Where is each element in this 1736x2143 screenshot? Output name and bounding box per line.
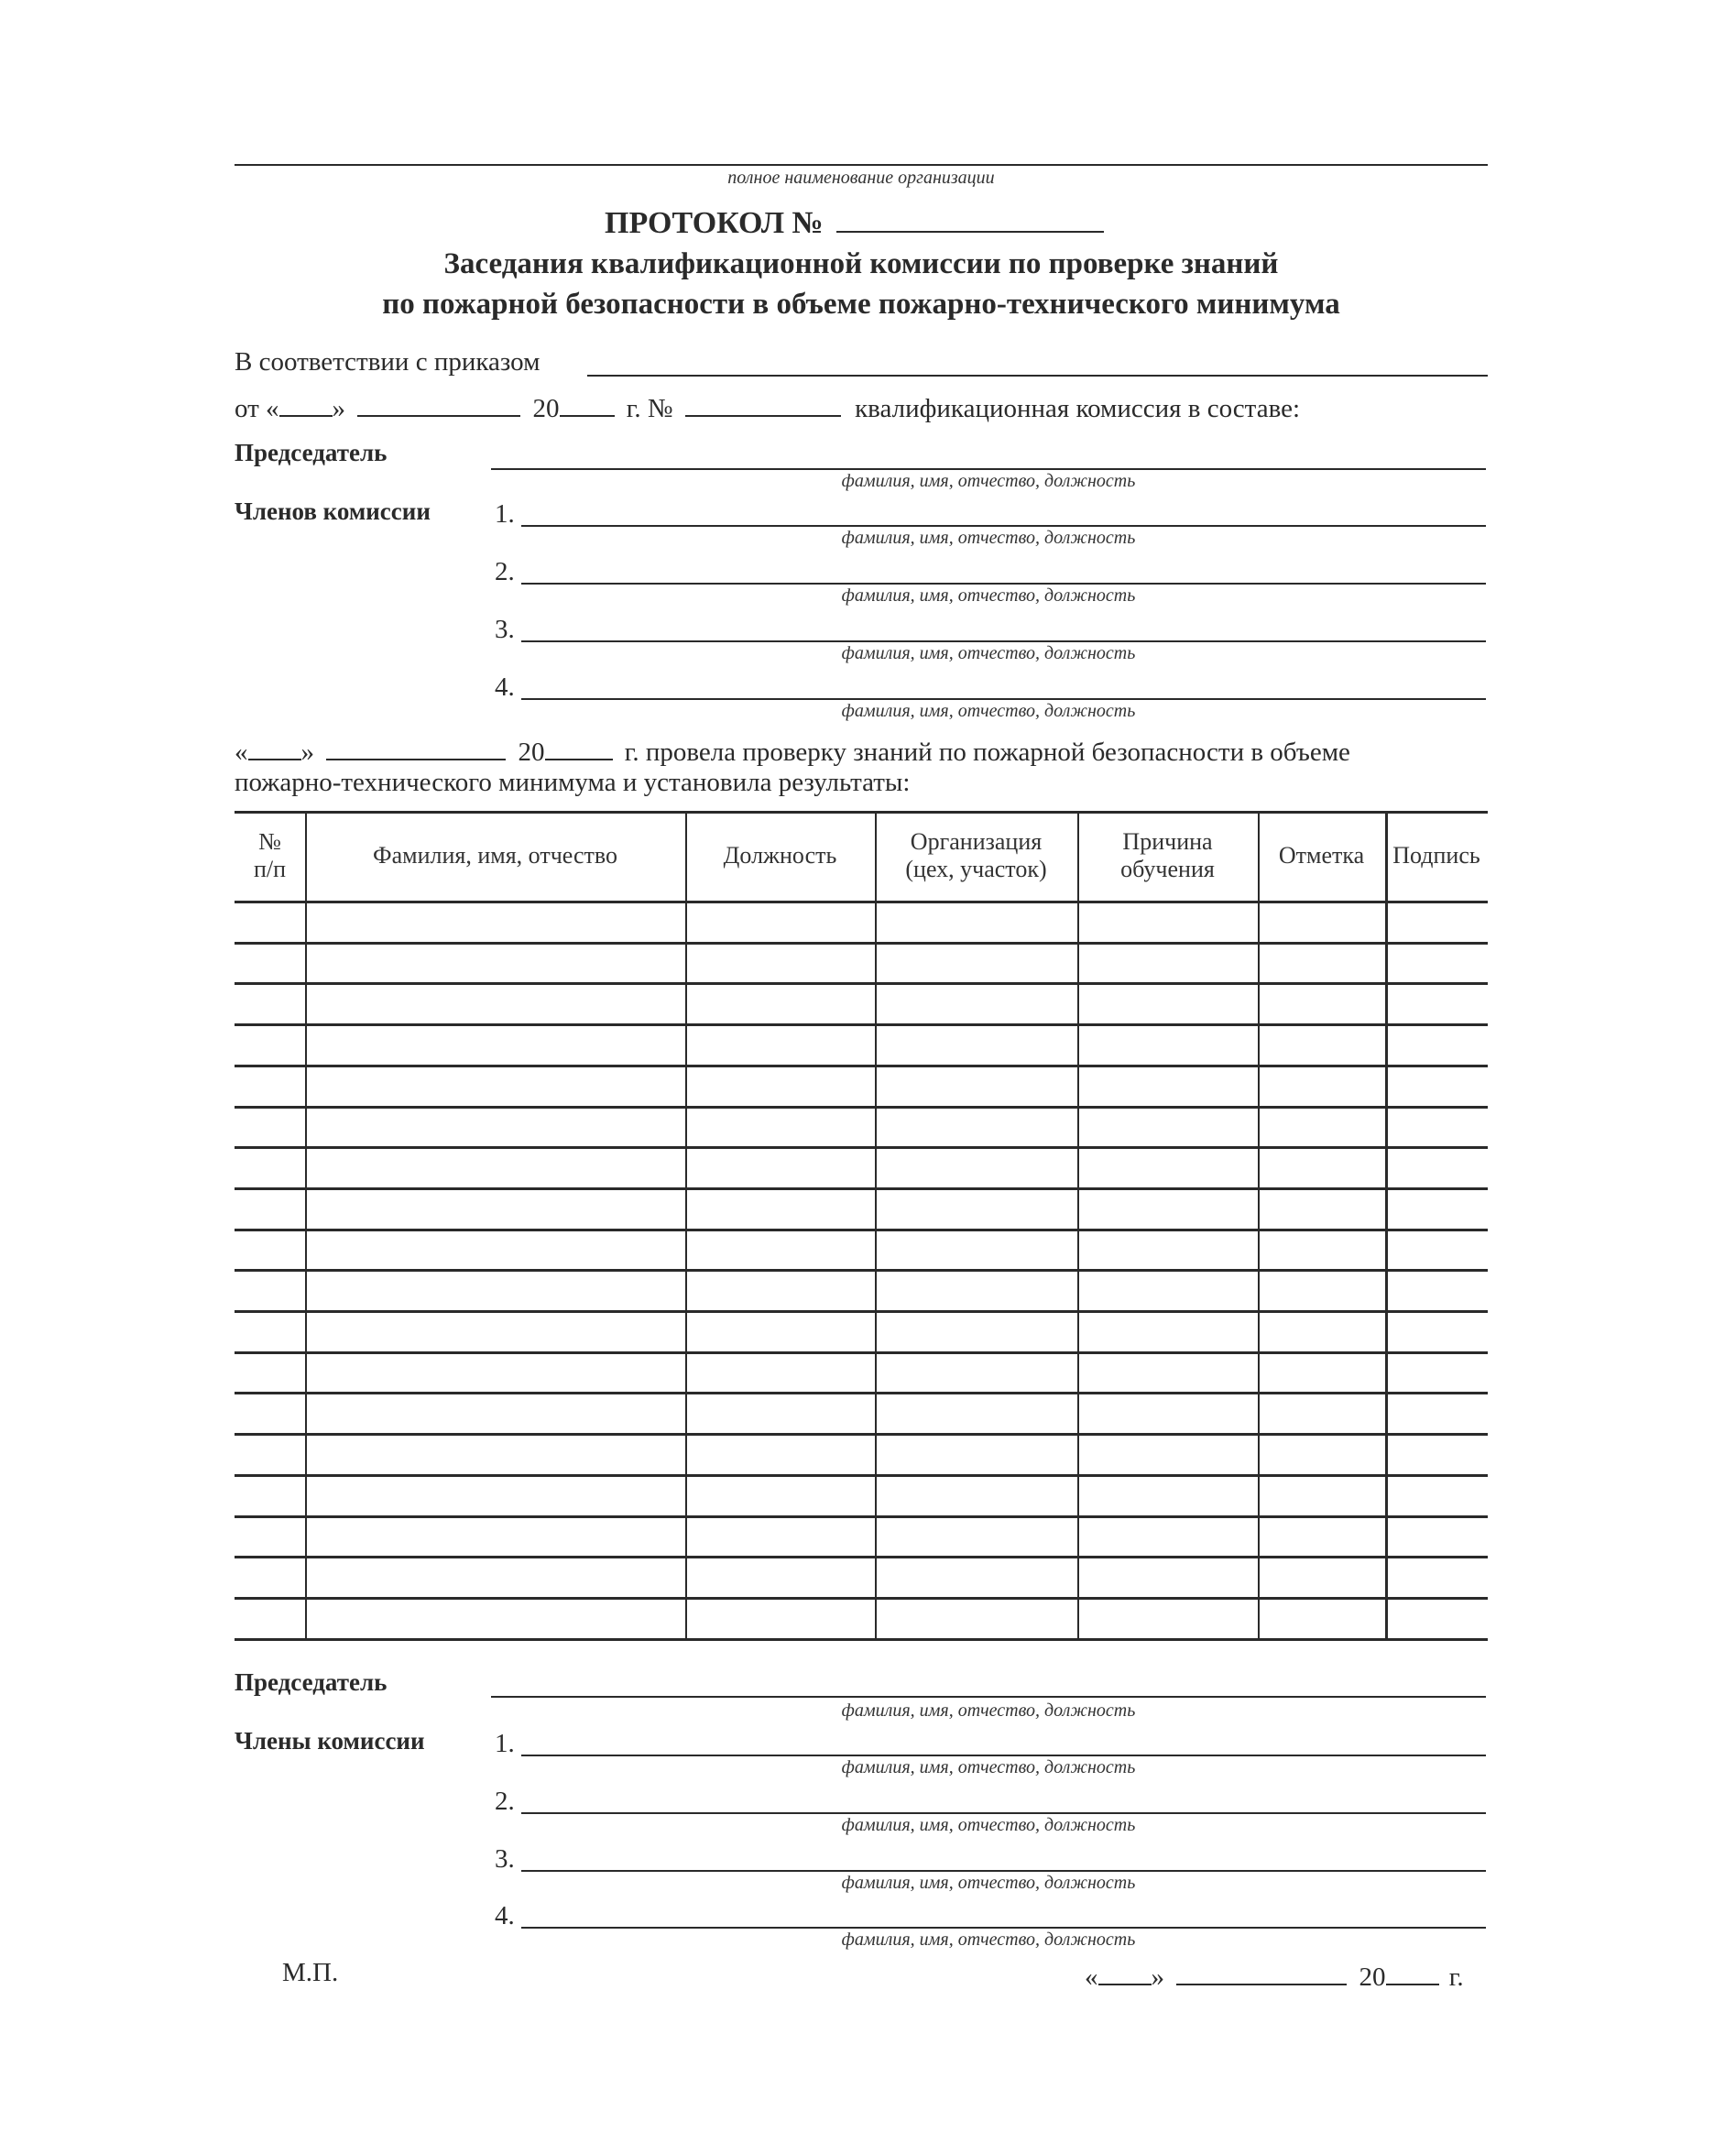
- table-cell[interactable]: [305, 901, 685, 942]
- table-cell[interactable]: [875, 1187, 1077, 1229]
- check-quote-close: »: [301, 738, 315, 767]
- protocol-title: ПРОТОКОЛ №: [605, 207, 1104, 239]
- footer-date: «» 20 г.: [1085, 1960, 1464, 1991]
- table-cell[interactable]: [1385, 1515, 1488, 1557]
- order-line: В соответствии с приказом: [235, 349, 540, 376]
- table-cell[interactable]: [1385, 1187, 1488, 1229]
- table-cell[interactable]: [235, 1351, 305, 1393]
- table-cell[interactable]: [235, 1310, 305, 1351]
- table-cell[interactable]: [1258, 1310, 1385, 1351]
- footer-year-prefix: 20: [1359, 1963, 1386, 1992]
- table-header-cell: Отметка: [1258, 811, 1385, 901]
- table-cell[interactable]: [1385, 1433, 1488, 1474]
- table-cell[interactable]: [1077, 1515, 1258, 1557]
- table-cell[interactable]: [1385, 1474, 1488, 1515]
- bottom-member-caption: фамилия, имя, отчество, должность: [491, 1757, 1486, 1778]
- bottom-member-caption: фамилия, имя, отчество, должность: [491, 1930, 1486, 1951]
- table-header-cell: Должность: [685, 811, 875, 901]
- table-cell[interactable]: [1077, 1065, 1258, 1106]
- table-cell[interactable]: [235, 1433, 305, 1474]
- table-cell[interactable]: [235, 1065, 305, 1106]
- table-cell[interactable]: [875, 1023, 1077, 1065]
- top-member-caption: фамилия, имя, отчество, должность: [491, 701, 1486, 722]
- check-line-1-text: г. провела проверку знаний по пожарной б…: [625, 738, 1350, 767]
- table-cell[interactable]: [685, 1515, 875, 1557]
- order-date-line: от «» 20 г. № квалификационная комиссия …: [235, 391, 1300, 422]
- table-cell[interactable]: [1077, 1023, 1258, 1065]
- table-cell[interactable]: [235, 1474, 305, 1515]
- bottom-member-number: 3.: [495, 1846, 515, 1873]
- table-cell[interactable]: [235, 1146, 305, 1187]
- table-cell[interactable]: [1258, 942, 1385, 983]
- table-cell[interactable]: [1077, 1351, 1258, 1393]
- table-header-cell: №п/п: [235, 811, 305, 901]
- footer-year-field[interactable]: [1386, 1960, 1439, 1985]
- top-member-field[interactable]: [521, 525, 1486, 527]
- table-cell[interactable]: [1258, 1106, 1385, 1147]
- table-cell[interactable]: [1258, 1065, 1385, 1106]
- table-cell[interactable]: [235, 1515, 305, 1557]
- table-cell[interactable]: [875, 1146, 1077, 1187]
- table-cell[interactable]: [1385, 942, 1488, 983]
- table-row-border: [235, 1638, 1488, 1641]
- check-quote-open: «: [235, 738, 248, 767]
- table-cell[interactable]: [1077, 1187, 1258, 1229]
- table-cell[interactable]: [235, 1269, 305, 1310]
- table-cell[interactable]: [1077, 942, 1258, 983]
- bottom-member-number: 1.: [495, 1731, 515, 1757]
- table-cell[interactable]: [875, 1392, 1077, 1433]
- protocol-title-text: ПРОТОКОЛ №: [605, 206, 824, 240]
- table-cell[interactable]: [685, 1146, 875, 1187]
- table-header-text: Фамилия, имя, отчество: [373, 842, 617, 869]
- table-cell[interactable]: [305, 1310, 685, 1351]
- check-day-field[interactable]: [248, 735, 301, 760]
- table-cell[interactable]: [1258, 1269, 1385, 1310]
- table-cell[interactable]: [685, 1433, 875, 1474]
- table-cell[interactable]: [1258, 1229, 1385, 1270]
- table-cell[interactable]: [875, 1310, 1077, 1351]
- year-prefix: 20: [533, 394, 560, 423]
- table-cell[interactable]: [235, 1597, 305, 1638]
- organization-caption: полное наименование организации: [235, 168, 1488, 189]
- table-cell[interactable]: [1077, 1433, 1258, 1474]
- table-cell[interactable]: [1077, 1392, 1258, 1433]
- table-cell[interactable]: [305, 1474, 685, 1515]
- check-year-field[interactable]: [545, 735, 613, 760]
- table-cell[interactable]: [685, 1392, 875, 1433]
- order-label: В соответствии с приказом: [235, 347, 540, 377]
- chairman-caption-top: фамилия, имя, отчество, должность: [491, 471, 1486, 492]
- table-cell[interactable]: [685, 1556, 875, 1597]
- bottom-member-field[interactable]: [521, 1812, 1486, 1814]
- table-cell[interactable]: [305, 1106, 685, 1147]
- table-header-text: Должность: [724, 842, 837, 869]
- table-cell[interactable]: [235, 1556, 305, 1597]
- date-quote-close: »: [333, 394, 346, 423]
- bottom-member-number: 4.: [495, 1903, 515, 1930]
- table-cell[interactable]: [1258, 982, 1385, 1023]
- order-field[interactable]: [587, 375, 1488, 377]
- heading-line-1: Заседания квалификационной комиссии по п…: [235, 249, 1488, 279]
- heading-line-2: по пожарной безопасности в объеме пожарн…: [235, 290, 1488, 320]
- table-header-label: Должность: [724, 842, 837, 869]
- table-cell[interactable]: [685, 982, 875, 1023]
- table-cell[interactable]: [875, 1229, 1077, 1270]
- table-cell[interactable]: [685, 1474, 875, 1515]
- table-cell[interactable]: [305, 1023, 685, 1065]
- table-cell[interactable]: [1077, 1556, 1258, 1597]
- chairman-caption-bottom: фамилия, имя, отчество, должность: [491, 1700, 1486, 1722]
- table-cell[interactable]: [875, 1106, 1077, 1147]
- table-header-text: №: [254, 828, 286, 856]
- table-cell[interactable]: [1077, 1229, 1258, 1270]
- table-header-text: Организация: [905, 828, 1046, 856]
- top-member-number: 2.: [495, 559, 515, 585]
- top-member-number: 4.: [495, 674, 515, 701]
- table-header-text: п/п: [254, 856, 286, 883]
- composition-text: квалификационная комиссия в составе:: [855, 394, 1300, 423]
- table-cell[interactable]: [305, 1269, 685, 1310]
- table-cell[interactable]: [1077, 1269, 1258, 1310]
- table-cell[interactable]: [1077, 982, 1258, 1023]
- top-member-field[interactable]: [521, 698, 1486, 700]
- table-cell[interactable]: [305, 982, 685, 1023]
- table-cell[interactable]: [875, 942, 1077, 983]
- bottom-member-caption: фамилия, имя, отчество, должность: [491, 1815, 1486, 1836]
- table-cell[interactable]: [235, 982, 305, 1023]
- table-cell[interactable]: [305, 1392, 685, 1433]
- check-paragraph-line-1: «» 20 г. провела проверку знаний по пожа…: [235, 735, 1350, 766]
- table-header-cell: Фамилия, имя, отчество: [305, 811, 685, 901]
- table-header-cell: Организация(цех, участок): [875, 811, 1077, 901]
- table-cell[interactable]: [875, 1515, 1077, 1557]
- check-year-prefix: 20: [519, 738, 545, 767]
- table-cell[interactable]: [685, 1597, 875, 1638]
- table-cell[interactable]: [1077, 1146, 1258, 1187]
- table-cell[interactable]: [1385, 1556, 1488, 1597]
- table-cell[interactable]: [875, 1597, 1077, 1638]
- table-cell[interactable]: [1385, 1351, 1488, 1393]
- table-header-cell: Причинаобучения: [1077, 811, 1258, 901]
- bottom-member-field[interactable]: [521, 1927, 1486, 1929]
- order-number-field[interactable]: [685, 391, 841, 417]
- table-header-text: Отметка: [1279, 842, 1364, 869]
- table-cell[interactable]: [1385, 1597, 1488, 1638]
- bottom-member-field[interactable]: [521, 1870, 1486, 1872]
- order-year-field[interactable]: [560, 391, 615, 417]
- order-day-field[interactable]: [279, 391, 333, 417]
- table-header-text: Причина: [1120, 828, 1215, 856]
- table-cell[interactable]: [235, 901, 305, 942]
- chairman-field-bottom[interactable]: [491, 1696, 1486, 1698]
- check-paragraph-line-2: пожарно-технического минимума и установи…: [235, 770, 910, 796]
- check-month-field[interactable]: [326, 735, 506, 760]
- table-cell[interactable]: [1077, 1474, 1258, 1515]
- date-prefix: от «: [235, 394, 279, 423]
- table-cell[interactable]: [235, 1023, 305, 1065]
- table-cell[interactable]: [1385, 1023, 1488, 1065]
- table-cell[interactable]: [1385, 1146, 1488, 1187]
- table-cell[interactable]: [305, 1187, 685, 1229]
- table-cell[interactable]: [305, 1065, 685, 1106]
- table-header-text: (цех, участок): [905, 856, 1046, 883]
- top-member-number: 3.: [495, 617, 515, 643]
- table-header-label: Организация(цех, участок): [905, 828, 1046, 883]
- table-cell[interactable]: [1258, 1187, 1385, 1229]
- table-cell[interactable]: [685, 1106, 875, 1147]
- table-cell[interactable]: [235, 1106, 305, 1147]
- table-cell[interactable]: [1077, 901, 1258, 942]
- table-cell[interactable]: [685, 1187, 875, 1229]
- table-cell[interactable]: [305, 1597, 685, 1638]
- table-cell[interactable]: [1258, 1474, 1385, 1515]
- order-month-field[interactable]: [357, 391, 520, 417]
- table-cell[interactable]: [685, 1023, 875, 1065]
- table-cell[interactable]: [1385, 1106, 1488, 1147]
- footer-year-suffix: г.: [1449, 1963, 1464, 1992]
- table-cell[interactable]: [305, 1229, 685, 1270]
- table-cell[interactable]: [875, 1065, 1077, 1106]
- table-cell[interactable]: [875, 1474, 1077, 1515]
- table-cell[interactable]: [1258, 1597, 1385, 1638]
- table-cell[interactable]: [1258, 1023, 1385, 1065]
- chairman-label-top: Председатель: [235, 441, 387, 465]
- table-cell[interactable]: [1385, 901, 1488, 942]
- results-table: №п/пФамилия, имя, отчествоДолжностьОрган…: [235, 811, 1488, 1638]
- table-cell[interactable]: [235, 1392, 305, 1433]
- table-cell[interactable]: [685, 1310, 875, 1351]
- bottom-member-field[interactable]: [521, 1755, 1486, 1756]
- top-member-caption: фамилия, имя, отчество, должность: [491, 643, 1486, 664]
- table-header-label: Отметка: [1279, 842, 1364, 869]
- table-cell[interactable]: [235, 1187, 305, 1229]
- chairman-label-bottom: Председатель: [235, 1670, 387, 1695]
- footer-day-field[interactable]: [1098, 1960, 1152, 1985]
- bottom-member-number: 2.: [495, 1788, 515, 1815]
- table-header-label: Причинаобучения: [1120, 828, 1215, 883]
- table-cell[interactable]: [235, 1229, 305, 1270]
- footer-month-field[interactable]: [1176, 1960, 1347, 1985]
- table-cell[interactable]: [1258, 1433, 1385, 1474]
- table-cell[interactable]: [685, 1351, 875, 1393]
- table-cell[interactable]: [685, 901, 875, 942]
- top-member-number: 1.: [495, 501, 515, 528]
- table-cell[interactable]: [685, 1269, 875, 1310]
- table-cell[interactable]: [875, 1351, 1077, 1393]
- table-cell[interactable]: [1258, 901, 1385, 942]
- footer-quote-close: »: [1152, 1963, 1165, 1992]
- table-cell[interactable]: [1258, 1146, 1385, 1187]
- table-cell[interactable]: [1385, 1065, 1488, 1106]
- table-cell[interactable]: [875, 1556, 1077, 1597]
- table-cell[interactable]: [1385, 1392, 1488, 1433]
- table-cell[interactable]: [235, 942, 305, 983]
- members-label-top: Членов комиссии: [235, 499, 431, 524]
- table-header-label: №п/п: [254, 828, 286, 883]
- table-cell[interactable]: [1258, 1556, 1385, 1597]
- table-cell[interactable]: [685, 942, 875, 983]
- table-cell[interactable]: [875, 1433, 1077, 1474]
- table-cell[interactable]: [1385, 1310, 1488, 1351]
- table-cell[interactable]: [1385, 1229, 1488, 1270]
- table-cell[interactable]: [1385, 1269, 1488, 1310]
- table-header-label: Подпись: [1392, 842, 1479, 869]
- table-header-text: Подпись: [1392, 842, 1479, 869]
- year-suffix: г. №: [627, 394, 673, 423]
- table-cell[interactable]: [685, 1229, 875, 1270]
- table-header-label: Фамилия, имя, отчество: [373, 842, 617, 869]
- table-cell[interactable]: [1258, 1515, 1385, 1557]
- members-label-bottom: Члены комиссии: [235, 1729, 425, 1754]
- top-member-field[interactable]: [521, 583, 1486, 585]
- table-cell[interactable]: [305, 942, 685, 983]
- table-cell[interactable]: [1077, 1310, 1258, 1351]
- top-member-caption: фамилия, имя, отчество, должность: [491, 528, 1486, 549]
- protocol-number-field[interactable]: [836, 207, 1104, 233]
- chairman-field-top[interactable]: [491, 468, 1486, 470]
- table-cell[interactable]: [875, 1269, 1077, 1310]
- top-member-field[interactable]: [521, 640, 1486, 642]
- table-cell[interactable]: [875, 982, 1077, 1023]
- table-header-text: обучения: [1120, 856, 1215, 883]
- footer-quote-open: «: [1085, 1963, 1098, 1992]
- table-cell[interactable]: [305, 1146, 685, 1187]
- table-cell[interactable]: [305, 1556, 685, 1597]
- table-cell[interactable]: [305, 1433, 685, 1474]
- table-cell[interactable]: [1258, 1351, 1385, 1393]
- table-cell[interactable]: [1258, 1392, 1385, 1433]
- table-header-cell: Подпись: [1385, 811, 1488, 901]
- table-cell[interactable]: [685, 1065, 875, 1106]
- table-cell[interactable]: [1077, 1597, 1258, 1638]
- table-cell[interactable]: [305, 1351, 685, 1393]
- stamp-label: М.П.: [282, 1960, 338, 1986]
- table-cell[interactable]: [1077, 1106, 1258, 1147]
- top-member-caption: фамилия, имя, отчество, должность: [491, 585, 1486, 607]
- organization-name-field[interactable]: [235, 164, 1488, 166]
- table-cell[interactable]: [305, 1515, 685, 1557]
- table-cell[interactable]: [875, 901, 1077, 942]
- bottom-member-caption: фамилия, имя, отчество, должность: [491, 1873, 1486, 1894]
- table-cell[interactable]: [1385, 982, 1488, 1023]
